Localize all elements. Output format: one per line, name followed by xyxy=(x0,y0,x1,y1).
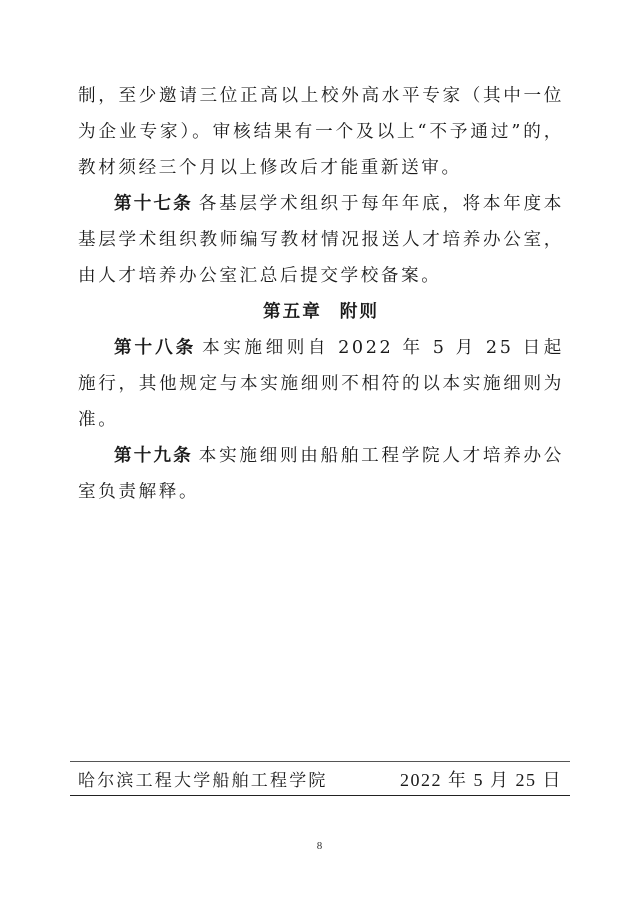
chapter-number: 第五章 xyxy=(263,301,322,322)
issue-date: 2022 年 5 月 25 日 xyxy=(400,766,562,792)
article-19: 第十九条本实施细则由船舶工程学院人才培养办公室负责解释。 xyxy=(78,438,564,510)
article-17: 第十七条各基层学术组织于每年年底，将本年度本基层学术组织教师编写教材情况报送人才… xyxy=(78,186,564,294)
document-body: 制，至少邀请三位正高以上校外高水平专家（其中一位为企业专家）。审核结果有一个及以… xyxy=(78,78,564,510)
document-page: 制，至少邀请三位正高以上校外高水平专家（其中一位为企业专家）。审核结果有一个及以… xyxy=(0,0,639,904)
article-label: 第十八条 xyxy=(114,337,196,358)
issuer-name: 哈尔滨工程大学船舶工程学院 xyxy=(78,766,328,791)
article-label: 第十九条 xyxy=(114,445,193,466)
page-number: 8 xyxy=(0,840,639,852)
issuer-footer: 哈尔滨工程大学船舶工程学院 2022 年 5 月 25 日 xyxy=(70,761,570,796)
article-label: 第十七条 xyxy=(114,193,193,214)
article-18: 第十八条本实施细则自 2022 年 5 月 25 日起施行，其他规定与本实施细则… xyxy=(78,330,564,438)
chapter-title: 附则 xyxy=(340,301,379,322)
paragraph-continuation: 制，至少邀请三位正高以上校外高水平专家（其中一位为企业专家）。审核结果有一个及以… xyxy=(78,78,564,186)
chapter-heading: 第五章附则 xyxy=(78,294,564,330)
